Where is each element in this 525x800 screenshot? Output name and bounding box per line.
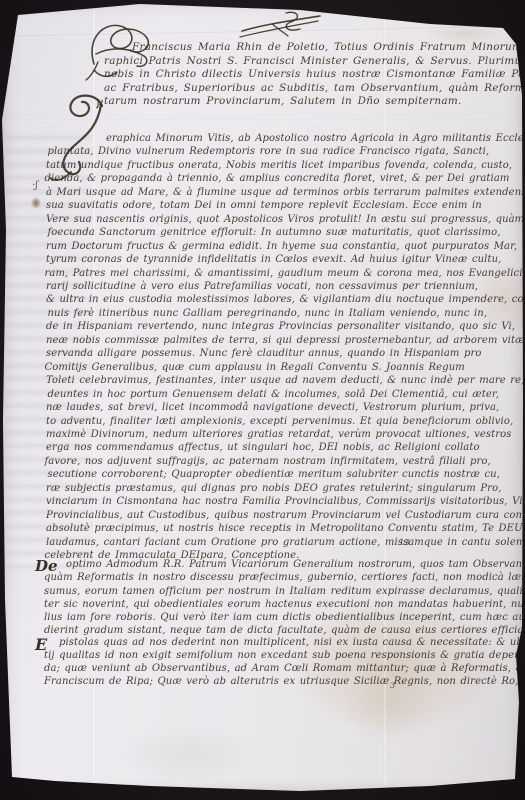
manuscript-line: ræ subjectis præstamus, qui dignas pro n…	[46, 482, 516, 495]
manuscript-line: foecunda Sanctorum genitrice effloruit: …	[48, 226, 518, 239]
manuscript-line: secutione corroborent; Quapropter obedie…	[48, 468, 518, 481]
manuscript-line: tij qualitas id non exigit semifolium no…	[44, 650, 516, 663]
manuscript-line: Franciscus Maria Rhin de Poletio, Totius…	[104, 41, 509, 55]
manuscript-line: laudamus, cantari faciant cum Oratione p…	[46, 536, 516, 549]
margin-mark: ·ʃ	[32, 180, 38, 191]
manuscript-line: favore, nos adjuvent suffragijs, ac pate…	[45, 455, 515, 468]
manuscript-line: rum Doctorum fructus & germina edidit. I…	[46, 240, 516, 253]
manuscript-line: raphici Patris Nostri S. Francisci Minis…	[104, 55, 509, 69]
manuscript-line: eraphica Minorum Vitis, ab Apostolico no…	[46, 132, 516, 145]
manuscript-line: optimo Admodum R.R. Patrum Vicariorum Ge…	[44, 558, 516, 571]
manuscript-photo: γ ·ʃ Franciscus Maria Rhin de Poletio, T…	[0, 0, 525, 800]
manuscript-line: pistolas quas ad nos dederint non multip…	[44, 637, 516, 650]
paragraph-de-optimo: optimo Admodum R.R. Patrum Vicariorum Ge…	[44, 558, 516, 638]
manuscript-line: de in Hispaniam revertendo, nunc integra…	[46, 320, 516, 333]
manuscript-line: Franciscum de Ripa; Quæ verò ab alterutr…	[44, 676, 516, 689]
manuscript-line: ter sic noverint, qui obedientiales eoru…	[44, 598, 516, 611]
manuscript-line: tyrum coronas de tyrannide infidelitatis…	[46, 253, 516, 266]
manuscript-line: tatum undique fructibus onerata, Nobis m…	[46, 159, 516, 172]
manuscript-line: Toleti celebravimus, festinantes, inter …	[46, 374, 516, 387]
manuscript-line: quàm Reformatis in nostro discessu præfe…	[44, 571, 516, 584]
manuscript-line: maximè Divinorum, nedum ulteriores grati…	[46, 428, 516, 441]
manuscript-line: nuis ferè itineribus nunc Galliam peregr…	[48, 307, 518, 320]
quire-mark: 3	[390, 681, 395, 691]
manuscript-line: sumus, eorum tamen officium per nostrum …	[44, 585, 516, 598]
manuscript-line: deuntes in hoc portum Genuensem delati &…	[48, 388, 518, 401]
manuscript-line: & ultra in eius custodia molestissimos l…	[46, 293, 516, 306]
manuscript-line: sua suavitatis odore, totam Dei in omni …	[46, 199, 516, 212]
paper-sheet: γ ·ʃ Franciscus Maria Rhin de Poletio, T…	[0, 0, 525, 800]
manuscript-line: vinciarum in Cismontana hac nostra Famil…	[46, 495, 516, 508]
paragraph-epistolas: pistolas quas ad nos dederint non multip…	[44, 637, 516, 689]
folio-number: 13	[399, 538, 410, 548]
manuscript-line: rarij sollicitudine à vero eius Patrefam…	[46, 280, 516, 293]
salutation-header: Franciscus Maria Rhin de Poletio, Totius…	[104, 41, 509, 109]
manuscript-line: à Mari usque ad Mare, & à flumine usque …	[46, 186, 516, 199]
manuscript-line: ram, Patres mei charissimi, & amantissim…	[45, 267, 515, 280]
manuscript-line: dierint gradum sistant, neque tam de dic…	[44, 624, 516, 637]
letter-body: eraphica Minorum Vitis, ab Apostolico no…	[46, 132, 516, 563]
manuscript-line: næ laudes, sat brevi, licet incommodâ na…	[46, 401, 516, 414]
manuscript-line: Vere sua nascentis originis, quot Aposto…	[46, 213, 516, 226]
manuscript-line: plantata, Divino vulnerum Redemptoris ro…	[48, 145, 518, 158]
manuscript-line: ac Fratribus, Superioribus ac Subditis, …	[104, 82, 509, 96]
manuscript-line: to adventu, finaliter læti amplexionis, …	[46, 415, 516, 428]
manuscript-line: dienda, & propaganda à triennio, & ampli…	[45, 172, 515, 185]
manuscript-line: Provincialibus, aut Custodibus, quibus n…	[46, 509, 516, 522]
manuscript-line: neæ nobis commissæ palmites de terra, si…	[46, 334, 516, 347]
manuscript-line: lius iam fore roboris. Qui verò iter iam…	[44, 611, 516, 624]
manuscript-line: erga nos commendamus affectus, ut singul…	[46, 441, 516, 454]
manuscript-line: absolutè præcipimus, ut nostris hisce re…	[46, 522, 516, 535]
paraph-flourish-icon	[240, 9, 324, 41]
manuscript-line: nobis in Christo dilectis Universis huiu…	[104, 68, 509, 82]
manuscript-line: tarum nostrarum Provinciarum, Salutem in…	[104, 95, 509, 109]
manuscript-line: Comitijs Generalibus, quæ cum applausu i…	[45, 361, 515, 374]
manuscript-line: servanda alligare possemus. Nunc ferè cl…	[46, 347, 516, 360]
manuscript-line: da; quæ veniunt ab Observantibus, ad Ara…	[44, 663, 516, 676]
